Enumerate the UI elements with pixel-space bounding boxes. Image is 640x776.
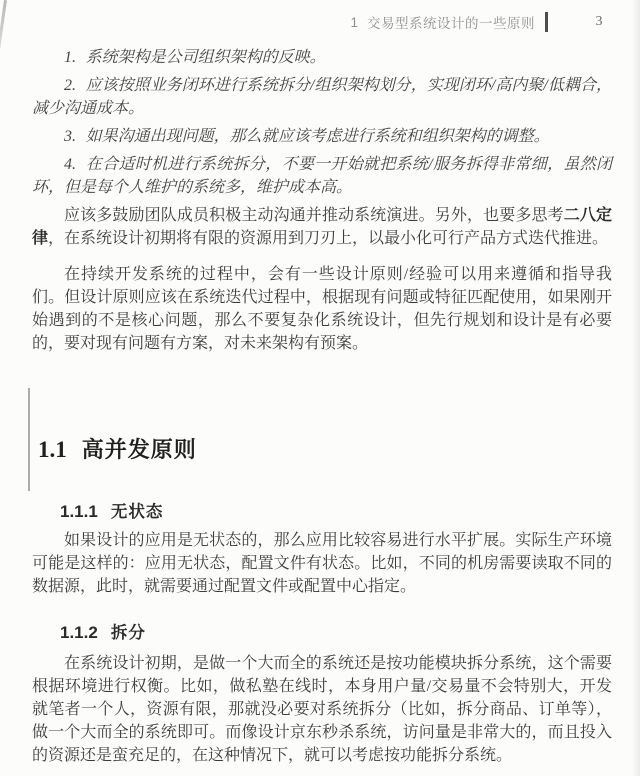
section-title: 高并发原则 <box>82 437 197 462</box>
paragraph-split: 在系统设计初期，是做一个大而全的系统还是按功能模块拆分系统，这个需要根据环境进行… <box>32 652 612 767</box>
list-item-3: 3.如果沟通出现问题，那么就应该考虑进行系统和组织架构的调整。 <box>32 125 612 148</box>
chapter-title: 交易型系统设计的一些原则 <box>367 12 535 32</box>
subsection-heading-1-1-1: 1.1.1无状态 <box>60 500 612 525</box>
subsection-title: 无状态 <box>111 503 164 521</box>
scan-edge-shadow <box>632 0 640 776</box>
running-header: 1 交易型系统设计的一些原则 3 <box>0 10 640 34</box>
subsection-heading-1-1-2: 1.1.2拆分 <box>60 621 612 646</box>
list-item-number: 2. <box>64 77 76 94</box>
list-item-text: 如果沟通出现问题，那么就应该考虑进行系统和组织架构的调整。 <box>86 128 550 145</box>
list-item-text: 系统架构是公司组织架构的反映。 <box>86 49 326 66</box>
paragraph-text: ，在系统设计初期将有限的资源用到刀刃上，以最小化可行产品方式迭代推进。 <box>48 230 608 247</box>
subsection-number: 1.1.1 <box>60 502 98 521</box>
paragraph-design-principles: 在持续开发系统的过程中，会有一些设计原则/经验可以用来遵循和指导我们。但设计原则… <box>32 263 612 355</box>
chapter-number: 1 <box>350 15 358 30</box>
section-heading-1-1: 1.1高并发原则 <box>32 435 612 468</box>
list-item-1: 1.系统架构是公司组织架构的反映。 <box>32 46 612 69</box>
paragraph-stateless: 如果设计的应用是无状态的，那么应用比较容易进行水平扩展。实际生产环境可能是这样的… <box>32 529 612 598</box>
list-item-text: 应该按照业务闭环进行系统拆分/组织架构划分，实现闭环/高内聚/低耦合，减少沟通成… <box>32 77 612 117</box>
header-divider <box>545 12 548 32</box>
subsection-number: 1.1.2 <box>60 623 98 642</box>
book-page: 1 交易型系统设计的一些原则 3 1.系统架构是公司组织架构的反映。 2.应该按… <box>0 0 640 776</box>
paragraph-text: 应该多鼓励团队成员积极主动沟通并推动系统演进。另外，也要多思考 <box>64 207 564 224</box>
paragraph-encourage-communication: 应该多鼓励团队成员积极主动沟通并推动系统演进。另外，也要多思考二八定律，在系统设… <box>32 204 612 250</box>
list-item-text: 在合适时机进行系统拆分，不要一开始就把系统/服务拆得非常细，虽然闭环，但是每个人… <box>32 156 612 196</box>
list-item-number: 1. <box>64 49 76 66</box>
section-number: 1.1 <box>38 437 67 462</box>
page-number: 3 <box>592 14 606 30</box>
list-item-number: 3. <box>64 128 76 145</box>
list-item-number: 4. <box>64 156 76 173</box>
subsection-title: 拆分 <box>111 624 146 642</box>
page-body: 1.系统架构是公司组织架构的反映。 2.应该按照业务闭环进行系统拆分/组织架构划… <box>32 46 612 767</box>
list-item-2: 2.应该按照业务闭环进行系统拆分/组织架构划分，实现闭环/高内聚/低耦合，减少沟… <box>32 74 612 120</box>
list-item-4: 4.在合适时机进行系统拆分，不要一开始就把系统/服务拆得非常细，虽然闭环，但是每… <box>32 153 612 199</box>
